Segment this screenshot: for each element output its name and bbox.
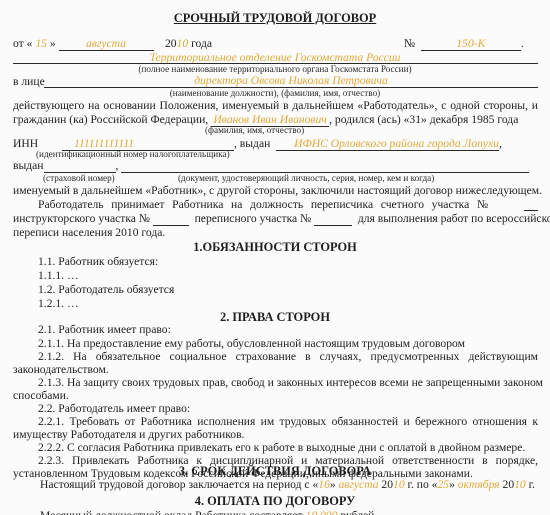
in-person-label: в лице [13, 75, 45, 88]
date-day[interactable]: 15 [35, 37, 47, 50]
clause-2-1-2: 2.1.2. На обязательное социальное страхо… [38, 350, 538, 363]
insurance-number-field[interactable] [44, 160, 116, 173]
section-3-heading: 3. СРОК ДЕЙСТВИЯ ДОГОВОРА [0, 464, 550, 479]
identity-document-field[interactable] [121, 160, 529, 173]
clause-2-2-2: 2.2.2. С согласия Работника привлекать е… [38, 441, 525, 454]
term-from-day[interactable]: 16 [318, 478, 330, 491]
contract-year: 2010 года [165, 37, 212, 50]
inn-caption: (идентификационный номер налогоплательщи… [36, 149, 230, 159]
section-1-heading: 1.ОБЯЗАННОСТИ СТОРОН [0, 240, 550, 255]
clause-2-2: 2.2. Работодатель имеет право: [38, 402, 190, 415]
hire-line-1: Работодатель принимает Работника на долж… [38, 198, 488, 211]
clause-2-1-3-cont: способами. [13, 389, 69, 402]
acting-line: действующего на основании Положения, име… [13, 99, 538, 112]
term-from-month[interactable]: августа [339, 478, 379, 491]
salary-amount[interactable]: 10 000 [306, 509, 338, 515]
rep-caption: (наименование должности), (фамилия, имя,… [0, 88, 550, 98]
document-title: СРОЧНЫЙ ТРУДОВОЙ ДОГОВОР [0, 11, 550, 26]
clause-1-1: 1.1. Работник обязуется: [38, 255, 158, 268]
contract-date: от « 15 » августа [13, 37, 154, 51]
name-caption: (фамилия, имя, отчество) [205, 125, 304, 135]
clause-2-1-2-cont: законодательством. [13, 363, 109, 376]
clause-2-2-1: 2.2.1. Требовать от Работника исполнения… [38, 415, 538, 428]
clause-1-2-1: 1.2.1. … [38, 297, 79, 310]
census-area-number-field[interactable] [314, 213, 352, 226]
term-line: Настоящий трудовой договор заключается н… [40, 478, 535, 491]
document-caption: (документ, удостоверяющий личность, сери… [178, 173, 434, 183]
clause-2-1: 2.1. Работник имеет право: [38, 323, 171, 336]
clause-1-2: 1.2. Работодатель обязуется [38, 283, 174, 296]
term-to-year[interactable]: 10 [514, 478, 526, 491]
employee-line: именуемый в дальнейшем «Работник», с дру… [13, 184, 542, 197]
contract-number-value[interactable]: 150-К [421, 38, 521, 51]
clause-2-1-1: 2.1.1. На предоставление ему работы, обу… [38, 337, 465, 350]
term-to-month[interactable]: октября [458, 478, 500, 491]
date-month[interactable]: августа [59, 38, 154, 51]
term-to-day[interactable]: 25 [437, 478, 449, 491]
hire-line-2: инструкторского участка № переписного уч… [13, 212, 550, 226]
section-4-heading: 4. ОПЛАТА ПО ДОГОВОРУ [0, 494, 550, 509]
inn-label: ИНН [13, 137, 38, 150]
hire-line-3: переписи населения 2010 года. [13, 226, 165, 239]
instructor-area-number-field[interactable] [153, 213, 189, 226]
contract-number: № 150-К. [404, 37, 524, 51]
org-caption: (полное наименование территориального ор… [0, 64, 550, 74]
salary-line: Месячный должностной оклад Работника сос… [40, 509, 374, 515]
count-area-number-field[interactable] [524, 198, 538, 211]
clause-1-1-1: 1.1.1. … [38, 269, 79, 282]
insurance-caption: (страховой номер) [43, 173, 115, 183]
clause-2-2-1-cont: имуществу Работодателя и других работник… [13, 428, 244, 441]
representative[interactable]: директора Овсова Николая Петровича [44, 74, 538, 87]
issued2-row: выдан , [13, 159, 529, 173]
term-from-year[interactable]: 10 [393, 478, 405, 491]
inn-issued-by[interactable]: ИФНС Орловского района города Лопухи [276, 138, 499, 151]
clause-2-1-3: 2.1.3. На защиту своих трудовых прав, св… [38, 376, 538, 389]
